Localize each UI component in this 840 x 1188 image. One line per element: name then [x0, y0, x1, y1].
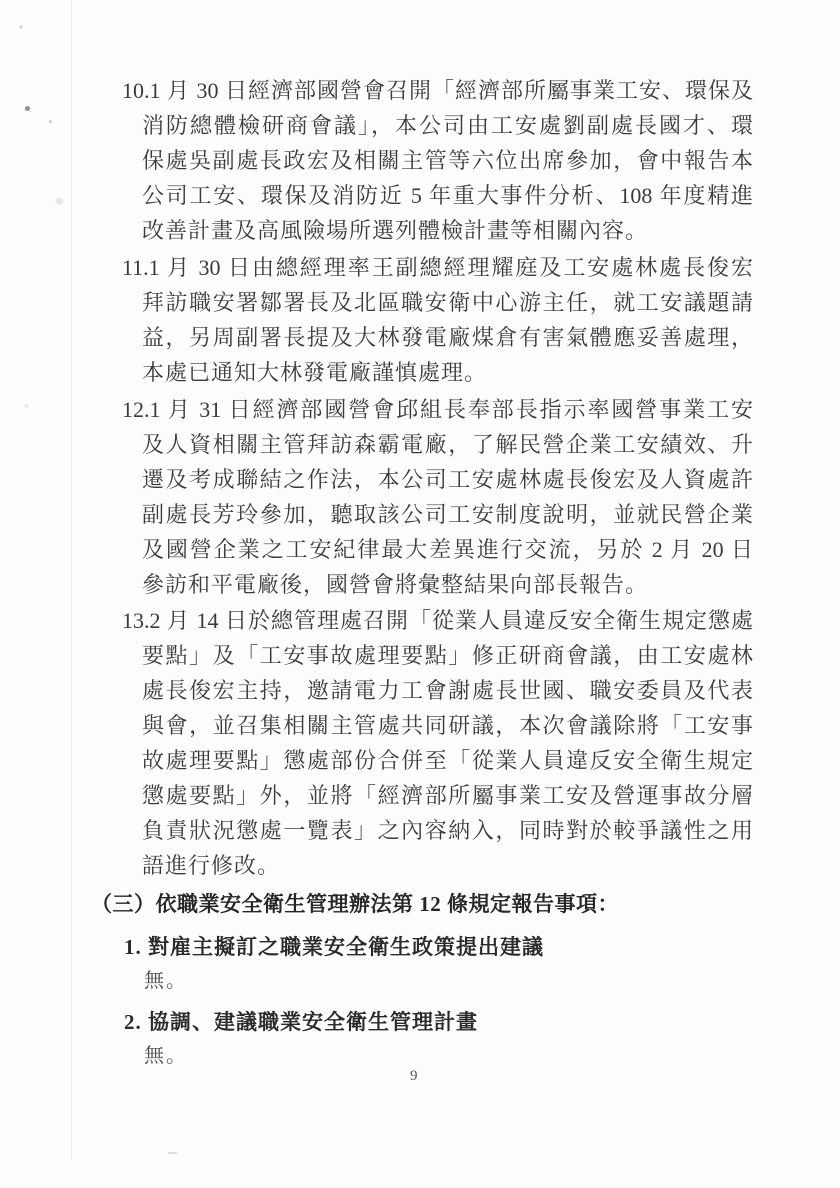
doc-line: 與會，並召集相關主管處共同研議，本次會議除將「工安事: [142, 708, 753, 743]
doc-line: 本處已通知大林發電廠謹慎處理。: [142, 355, 753, 390]
doc-line: 處長俊宏主持，邀請電力工會謝處長世國、職安委員及代表: [142, 673, 753, 708]
section-heading: （三）依職業安全衛生管理辦法第 12 條規定報告事項：: [91, 887, 619, 922]
doc-line: 及國營企業之工安紀律最大差異進行交流，另於 2 月 20 日: [142, 532, 753, 567]
doc-line: 改善計畫及高風險場所選列體檢計畫等相關內容。: [142, 213, 753, 248]
doc-line: 負責狀況懲處一覽表」之內容納入，同時對於較爭議性之用: [142, 813, 753, 848]
scan-speck: [168, 1152, 177, 1154]
report-item-12: 12.1 月 31 日經濟部國營會邱組長奉部長指示率國營事業工安 及人資相關主管…: [0, 392, 840, 602]
subitem-1-answer: 無。: [144, 966, 188, 996]
scan-speck: [19, 25, 23, 29]
doc-line: 要點」及「工安事故處理要點」修正研商會議，由工安處林: [142, 638, 753, 673]
report-item-10: 10.1 月 30 日經濟部國營會召開「經濟部所屬事業工安、環保及 消防總體檢研…: [0, 73, 840, 248]
page-number: 9: [410, 1066, 418, 1086]
doc-line: 及人資相關主管拜訪森霸電廠，了解民營企業工安績效、升: [142, 427, 753, 462]
doc-line: 10.1 月 30 日經濟部國營會召開「經濟部所屬事業工安、環保及: [122, 73, 753, 108]
doc-line: 遷及考成聯結之作法，本公司工安處林處長俊宏及人資處許: [142, 462, 753, 497]
doc-line: 13.2 月 14 日於總管理處召開「從業人員違反安全衛生規定懲處: [122, 603, 753, 638]
doc-line: 副處長芳玲參加，聽取該公司工安制度說明，並就民營企業: [142, 497, 753, 532]
doc-line: 消防總體檢研商會議」，本公司由工安處劉副處長國才、環: [142, 108, 753, 143]
doc-line: 12.1 月 31 日經濟部國營會邱組長奉部長指示率國營事業工安: [122, 392, 753, 427]
doc-line: 公司工安、環保及消防近 5 年重大事件分析、108 年度精進: [142, 178, 753, 213]
doc-line: 語進行修改。: [142, 848, 753, 883]
document-page: 10.1 月 30 日經濟部國營會召開「經濟部所屬事業工安、環保及 消防總體檢研…: [0, 0, 840, 1188]
report-item-11: 11.1 月 30 日由總經理率王副總經理耀庭及工安處林處長俊宏 拜訪職安署鄒署…: [0, 250, 840, 390]
doc-line: 懲處要點」外，並將「經濟部所屬事業工安及營運事故分層: [142, 778, 753, 813]
doc-line: 參訪和平電廠後，國營會將彙整結果向部長報告。: [142, 567, 753, 602]
doc-line: 拜訪職安署鄒署長及北區職安衛中心游主任，就工安議題請: [142, 285, 753, 320]
doc-line: 益，另周副署長提及大林發電廠煤倉有害氣體應妥善處理，: [142, 320, 753, 355]
subitem-2-title: 2. 協調、建議職業安全衛生管理計畫: [124, 1005, 478, 1039]
doc-line: 11.1 月 30 日由總經理率王副總經理耀庭及工安處林處長俊宏: [122, 250, 753, 285]
subitem-1-title: 1. 對雇主擬訂之職業安全衛生政策提出建議: [124, 930, 544, 964]
doc-line: 故處理要點」懲處部份合併至「從業人員違反安全衛生規定: [142, 743, 753, 778]
doc-line: 保處吳副處長政宏及相關主管等六位出席參加，會中報告本: [142, 143, 753, 178]
subitem-2-answer: 無。: [144, 1041, 188, 1071]
report-item-13: 13.2 月 14 日於總管理處召開「從業人員違反安全衛生規定懲處 要點」及「工…: [0, 603, 840, 883]
